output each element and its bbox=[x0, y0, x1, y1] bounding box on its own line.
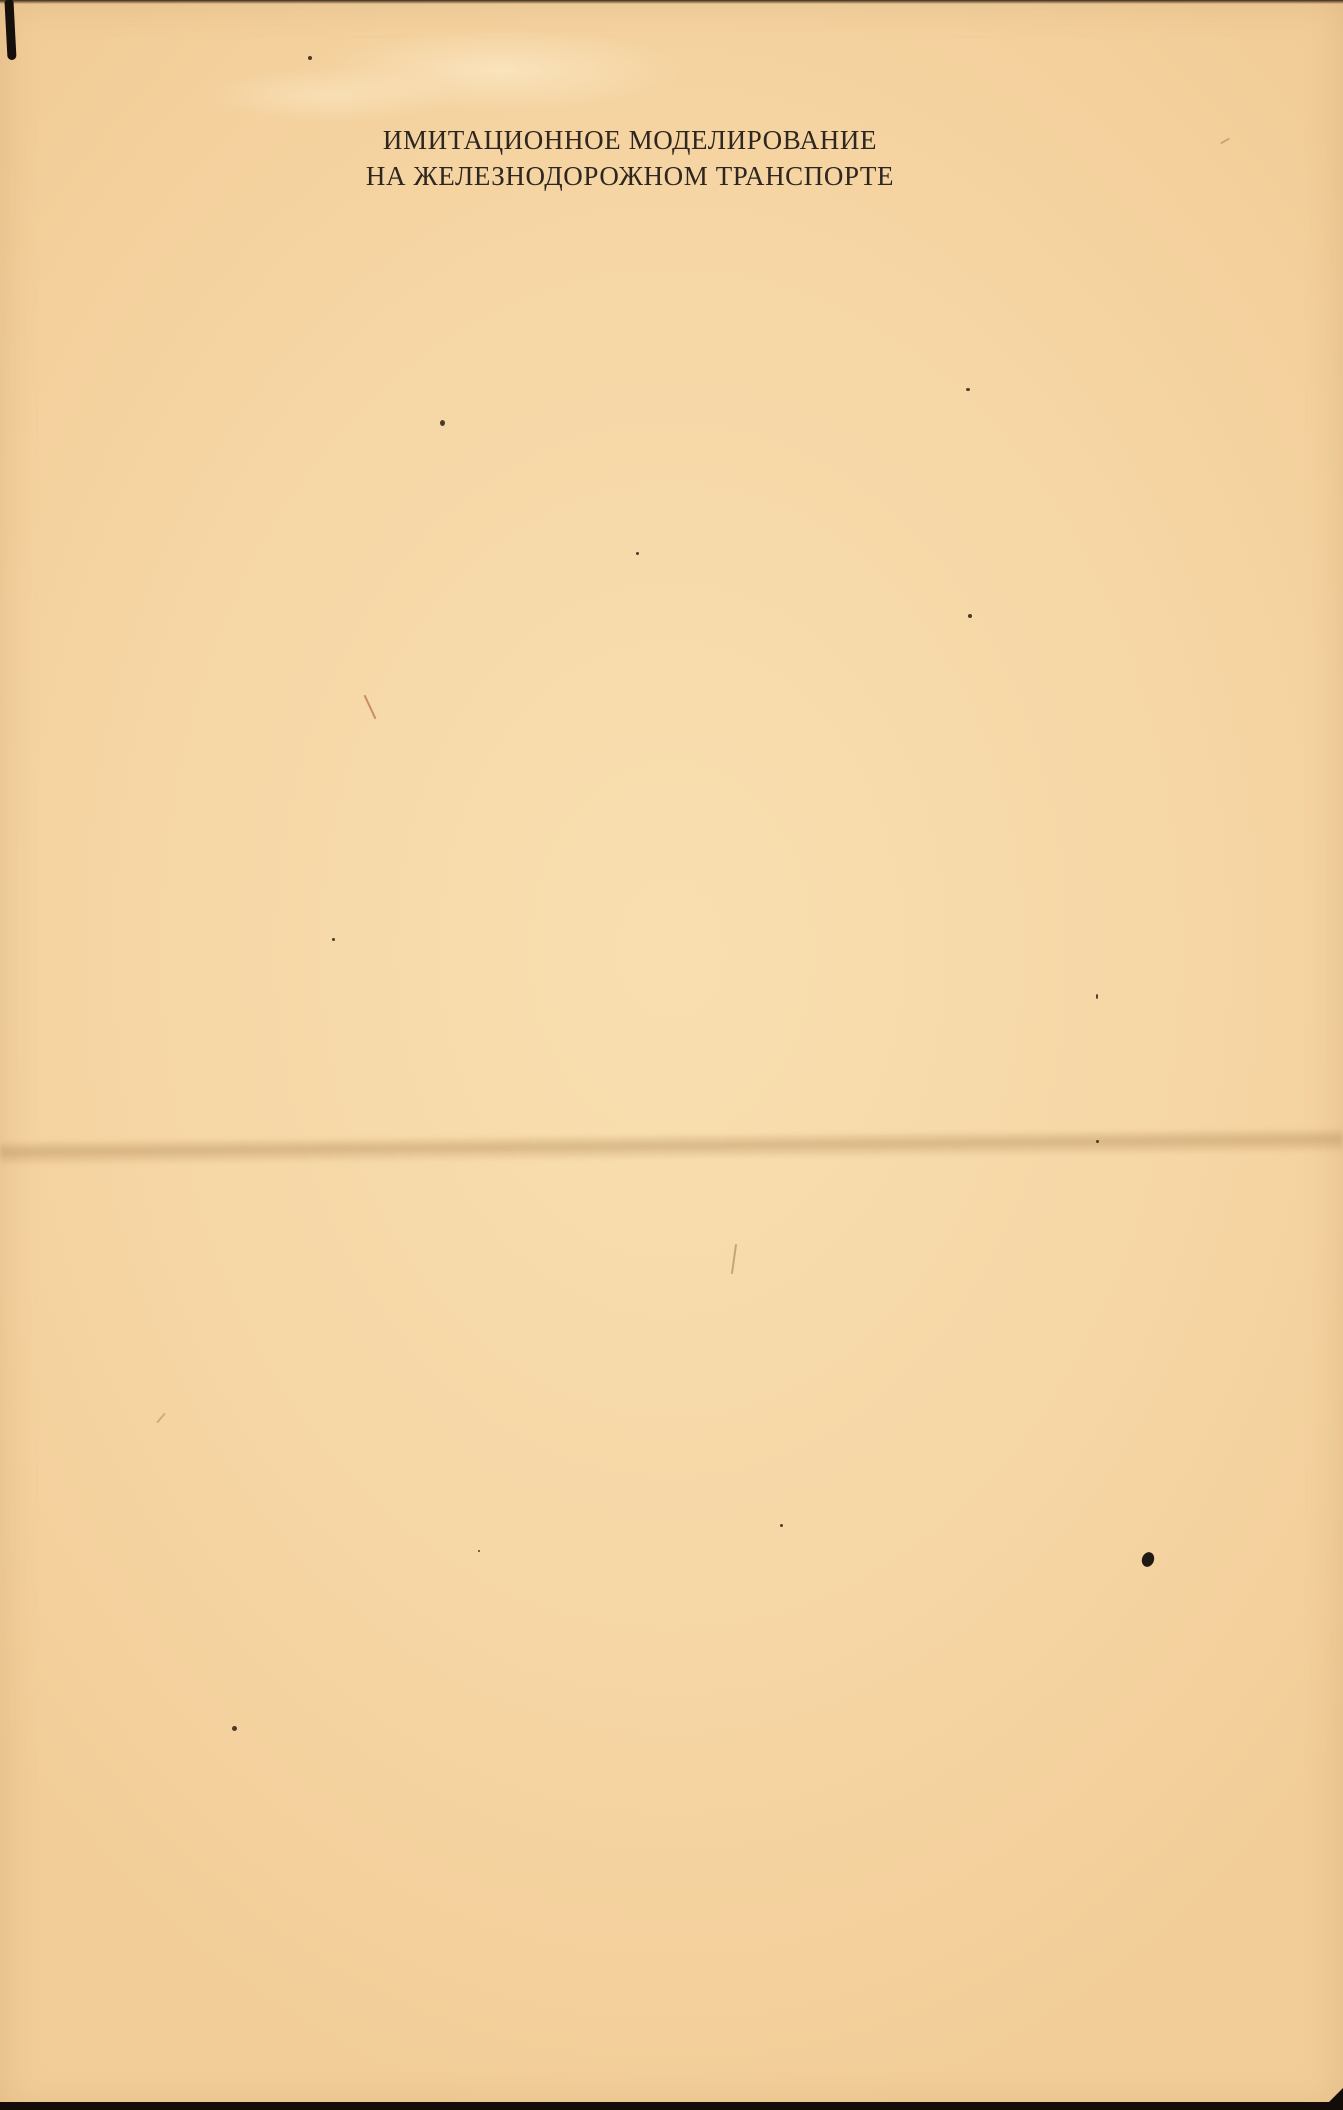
paper-speck bbox=[1096, 1140, 1099, 1143]
series-title-line-2: НА ЖЕЛЕЗНОДОРОЖНОМ ТРАНСПОРТЕ bbox=[0, 158, 1260, 194]
page-top-edge bbox=[0, 0, 1343, 4]
paper-speck bbox=[232, 1726, 237, 1731]
scanned-page: ИМИТАЦИОННОЕ МОДЕЛИРОВАНИЕ НА ЖЕЛЕЗНОДОР… bbox=[0, 0, 1343, 2110]
paper-speck bbox=[332, 938, 335, 941]
ink-spot bbox=[1140, 1550, 1156, 1568]
paper-speck bbox=[1096, 994, 1098, 999]
paper-speck bbox=[636, 552, 639, 555]
paper-speck bbox=[478, 1550, 480, 1552]
paper-speck bbox=[440, 420, 445, 426]
paper-fiber bbox=[364, 695, 377, 719]
fold-crease bbox=[0, 1127, 1343, 1166]
paper-fiber bbox=[156, 1413, 165, 1423]
paper-fiber bbox=[731, 1244, 737, 1274]
binding-mark bbox=[4, 0, 16, 60]
series-title: ИМИТАЦИОННОЕ МОДЕЛИРОВАНИЕ НА ЖЕЛЕЗНОДОР… bbox=[0, 122, 1260, 194]
page-bottom-edge bbox=[0, 2102, 1343, 2110]
series-title-line-1: ИМИТАЦИОННОЕ МОДЕЛИРОВАНИЕ bbox=[0, 122, 1260, 158]
paper-speck bbox=[780, 1524, 783, 1527]
paper-speck bbox=[308, 56, 312, 60]
page-corner bbox=[1321, 2088, 1343, 2110]
paper-speck bbox=[968, 614, 972, 618]
paper-speck bbox=[966, 388, 970, 391]
